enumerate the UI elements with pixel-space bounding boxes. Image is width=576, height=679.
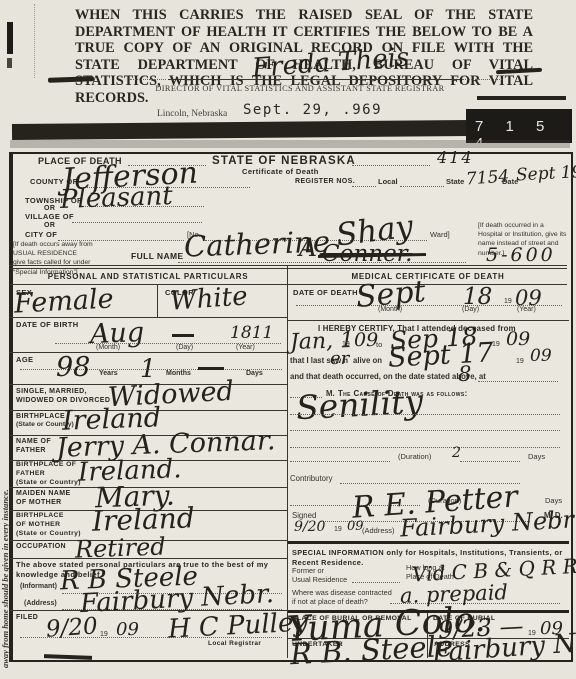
city-label: CITY OF bbox=[25, 230, 57, 240]
filed-year: 09 bbox=[116, 621, 139, 639]
signature-line bbox=[168, 79, 460, 80]
stamp-box: 7 1 5 4 bbox=[466, 109, 572, 143]
file-number: 414 bbox=[437, 150, 474, 166]
printed-19: 19 bbox=[516, 358, 524, 365]
contracted-label: Where was disease contracted if not at p… bbox=[292, 588, 392, 606]
age-years: 98 bbox=[56, 354, 90, 381]
month-caption: (Month) bbox=[96, 344, 120, 351]
local-label: Local bbox=[378, 177, 398, 186]
informant-label: (Informant) bbox=[20, 583, 57, 590]
mother-label: MAIDEN NAME OF MOTHER bbox=[16, 489, 71, 507]
printed-19: 19 bbox=[100, 631, 108, 638]
medical-section-title: MEDICAL CERTIFICATE OF DEATH bbox=[287, 272, 569, 282]
marital-label: SINGLE, MARRIED, WIDOWED OR DIVORCED bbox=[16, 387, 110, 405]
year-caption: (Year) bbox=[236, 344, 255, 351]
dotted-line bbox=[478, 380, 558, 382]
mother-birthplace: Ireland bbox=[92, 504, 196, 536]
attended-from-year: 09 bbox=[354, 331, 378, 350]
address-caption: (Address) bbox=[362, 526, 395, 535]
color-value: White bbox=[169, 283, 248, 314]
father-birthplace-label: BIRTHPLACE OF FATHER (State or Country) bbox=[16, 461, 81, 487]
dob-day-dash bbox=[172, 334, 194, 337]
sex-color-divider bbox=[157, 285, 158, 317]
dotted-line bbox=[290, 413, 560, 415]
father-label: NAME OF FATHER bbox=[16, 437, 51, 455]
signature-line-dots bbox=[462, 78, 502, 80]
former-residence-label: Former or Usual Residence bbox=[292, 566, 347, 584]
center-divider bbox=[287, 266, 288, 658]
dotted-line bbox=[290, 446, 560, 448]
dotted-line bbox=[400, 185, 444, 187]
occupation-value: Retired bbox=[75, 534, 166, 561]
or-label: OR bbox=[44, 221, 55, 230]
printed-19: 19 bbox=[342, 341, 350, 348]
form-rule bbox=[9, 268, 567, 269]
birthplace-label: BIRTHPLACE bbox=[16, 412, 65, 421]
mother-birthplace-label: BIRTHPLACE OF MOTHER (State or Country) bbox=[16, 512, 81, 538]
months-caption: Months bbox=[166, 370, 191, 377]
dotted-guide bbox=[34, 4, 35, 78]
margin-vertical-note: away from home should be given in every … bbox=[0, 376, 10, 668]
margin-mark bbox=[7, 22, 13, 54]
printed-19: 19 bbox=[504, 298, 512, 305]
last-seen-date: Sept 17 bbox=[387, 339, 494, 371]
register-nos-label: REGISTER NOS. bbox=[295, 177, 355, 186]
thick-rule bbox=[288, 541, 569, 544]
days-caption: Days bbox=[246, 370, 263, 377]
margin-mark bbox=[7, 58, 12, 68]
printed-19: 19 bbox=[334, 526, 342, 533]
alive-on-label: alive on bbox=[353, 356, 382, 365]
day-caption: (Day) bbox=[176, 344, 193, 351]
street-number: 5-600 bbox=[486, 246, 556, 265]
to-label: to bbox=[376, 340, 382, 349]
dob-year: 1811 bbox=[230, 325, 273, 342]
dotted-line bbox=[460, 460, 520, 462]
last-saw-pronoun: er bbox=[330, 350, 349, 368]
dotted-line bbox=[352, 581, 400, 583]
dotted-line bbox=[352, 164, 430, 166]
form-rule bbox=[288, 320, 569, 321]
filed-label: FILED bbox=[16, 613, 38, 622]
signed-date: 9/20 bbox=[294, 520, 325, 534]
dotted-line bbox=[290, 429, 560, 431]
dob-label: DATE OF BIRTH bbox=[16, 320, 79, 330]
days-caption: Days bbox=[545, 496, 562, 505]
scan-smear bbox=[10, 140, 570, 148]
dotted-line bbox=[290, 460, 390, 462]
filed-date: 9/20 bbox=[45, 615, 98, 642]
cause-of-death: Senility bbox=[295, 385, 424, 425]
form-rule bbox=[9, 265, 567, 266]
last-seen-year: 09 bbox=[530, 348, 552, 365]
age-label: AGE bbox=[16, 355, 33, 365]
registrar-title: DIRECTOR OF VITAL STATISTICS AND ASSISTA… bbox=[140, 84, 460, 93]
undertaker-signature: R B. Steele bbox=[289, 632, 453, 669]
state-label: State bbox=[446, 177, 464, 186]
occupation-label: OCCUPATION bbox=[16, 542, 66, 551]
informant-address-label: (Address) bbox=[24, 600, 57, 607]
sex-value: Female bbox=[13, 285, 114, 317]
form-rule bbox=[9, 352, 287, 353]
date-of-death-label: DATE OF DEATH bbox=[293, 288, 358, 298]
dotted-line bbox=[352, 185, 376, 187]
issue-date: Sept. 29, .969 bbox=[243, 102, 382, 118]
attended-to-year: 09 bbox=[506, 330, 530, 349]
years-caption: Years bbox=[99, 370, 118, 377]
death-hour: 8 bbox=[458, 364, 471, 385]
cert-subtitle: Certificate of Death bbox=[242, 167, 319, 177]
redaction-bar bbox=[12, 120, 470, 140]
days-caption: Days bbox=[528, 452, 545, 461]
full-name-label: FULL NAME bbox=[131, 251, 184, 262]
day-caption: (Day) bbox=[462, 306, 479, 313]
year-caption: (Year) bbox=[517, 306, 536, 313]
age-days-dash bbox=[198, 367, 224, 370]
age-months: 1 bbox=[140, 356, 156, 381]
township-value: Pleasant bbox=[60, 183, 174, 213]
top-right-bar bbox=[477, 96, 566, 100]
death-occurred-text: and that death occurred, on the date sta… bbox=[290, 372, 486, 381]
dotted-line bbox=[72, 221, 202, 223]
issue-place: Lincoln, Nebraska bbox=[157, 109, 227, 119]
full-name-last: Shay bbox=[334, 211, 414, 251]
month-caption: (Month) bbox=[378, 306, 402, 313]
signature-line-dots bbox=[130, 78, 166, 80]
date-value: Sept 1909. bbox=[516, 163, 576, 185]
death-certificate-scan: WHEN THIS CARRIES THE RAISED SEAL OF THE… bbox=[0, 0, 576, 679]
duration-caption: (Duration) bbox=[398, 452, 431, 461]
ward-label: Ward] bbox=[430, 230, 450, 239]
duration-value: 2 bbox=[452, 446, 461, 460]
contributory-label: Contributory bbox=[290, 474, 332, 483]
